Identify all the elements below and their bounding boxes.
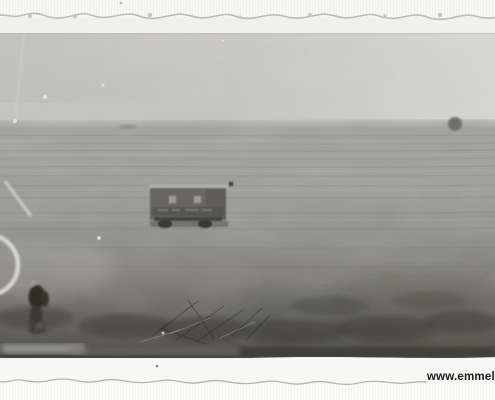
film-grain: [0, 33, 495, 358]
scan-streaks-bottom: [0, 384, 495, 400]
scanned-vintage-photo: [0, 0, 495, 400]
scan-streaks-top: [0, 0, 495, 17]
border-speck: [156, 365, 159, 368]
top-speck: [120, 2, 123, 5]
watermark: www.emmeloo: [427, 371, 495, 383]
photo-image: [0, 33, 495, 358]
